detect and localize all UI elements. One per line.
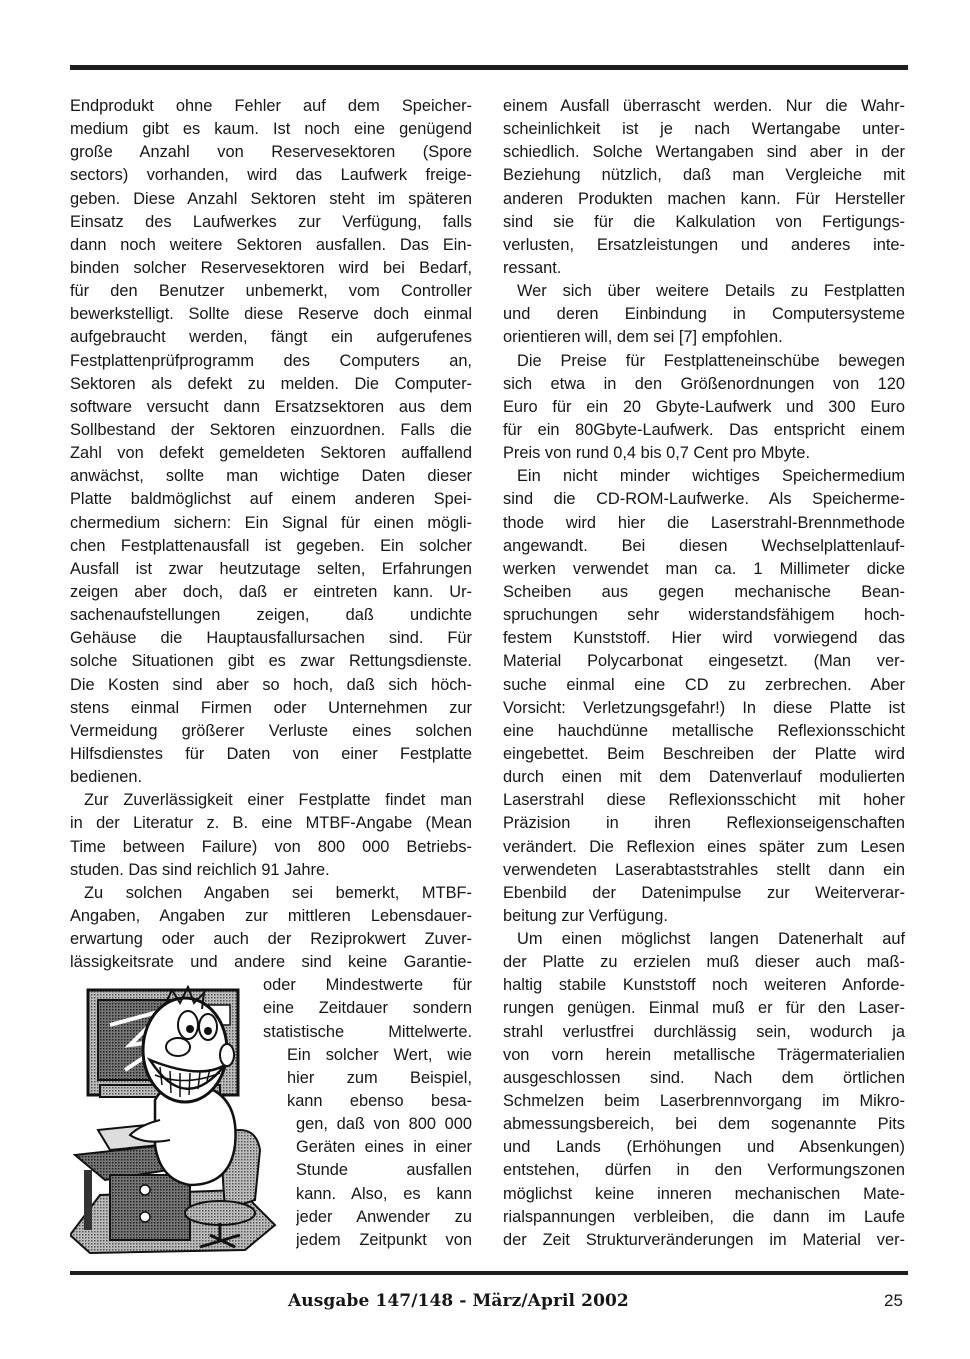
text-line: Ein solcher Wert, wie xyxy=(287,1044,472,1067)
text-line: entstehen, dürfen in den Verformungszone… xyxy=(503,1159,905,1182)
text-line: Zu solchen Angaben sei bemerkt, MTBF- xyxy=(70,882,472,905)
text-line: rungen genügen. Einmal muß er für den La… xyxy=(503,997,905,1020)
text-line: dann noch weitere Sektoren ausfallen. Da… xyxy=(70,234,472,257)
text-line: jeder Anwender zu xyxy=(296,1206,472,1229)
text-line: verlusten, Ersatzleistungen und anderes … xyxy=(503,234,905,257)
text-line: der Platte zu erzielen muß dieser auch m… xyxy=(503,951,905,974)
footer-issue-title: Ausgabe 147/148 - März/April 2002 xyxy=(288,1291,629,1311)
text-line: strahl verlustfrei durchlässig sein, wod… xyxy=(503,1021,905,1044)
text-line: Die Preise für Festplatteneinschübe bewe… xyxy=(503,350,905,373)
text-line: hier zum Beispiel, xyxy=(287,1067,472,1090)
text-line: ausgeschlossen sind. Nach dem örtlichen xyxy=(503,1067,905,1090)
text-line: für ein 80Gbyte-Laufwerk. Das entspricht… xyxy=(503,419,905,442)
text-line: ressant. xyxy=(503,257,905,280)
text-line: Ebenbild der Datenimpulse zur Weitervera… xyxy=(503,882,905,905)
text-line: Hilfsdienstes für Daten von einer Festpl… xyxy=(70,743,472,766)
top-rule xyxy=(70,65,908,70)
text-line: statistische Mittelwerte. xyxy=(263,1021,472,1044)
text-line: sind die CD-ROM-Laufwerke. Als Speicherm… xyxy=(503,488,905,511)
text-line: software versucht dann Ersatzsektoren au… xyxy=(70,396,472,419)
text-line: Sektoren als defekt zu melden. Die Compu… xyxy=(70,373,472,396)
text-line: bewerkstelligt. Sollte diese Reserve doc… xyxy=(70,303,472,326)
text-line: studen. Das sind reichlich 91 Jahre. xyxy=(70,859,472,882)
text-line: Laserstrahl diese Reflexionsschicht mit … xyxy=(503,789,905,812)
text-line: beitung zur Verfügung. xyxy=(503,905,905,928)
text-line: spruchungen sehr widerstandsfähigem hoch… xyxy=(503,604,905,627)
text-line: Festplattenprüfprogramm des Computers an… xyxy=(70,350,472,373)
text-line: Euro für ein 20 Gbyte-Laufwerk und 300 E… xyxy=(503,396,905,419)
text-line: sich etwa in den Größenordnungen von 120 xyxy=(503,373,905,396)
text-line: abmessungsbereich, bei dem sogenannte Pi… xyxy=(503,1113,905,1136)
text-line: möglichst keine inneren mechanischen Mat… xyxy=(503,1183,905,1206)
text-line: lässigkeitsrate und andere sind keine Ga… xyxy=(70,951,472,974)
text-line: Beziehung nützlich, daß man Vergleiche m… xyxy=(503,164,905,187)
text-line: Ein nicht minder wichtiges Speichermediu… xyxy=(503,465,905,488)
text-line: verändert. Die Reflexion eines später zu… xyxy=(503,836,905,859)
text-line: Endprodukt ohne Fehler auf dem Speicher- xyxy=(70,95,472,118)
text-line: sectors) vorhanden, wird das Laufwerk fr… xyxy=(70,164,472,187)
text-line: Geräten eines in einer xyxy=(296,1136,472,1159)
text-line: und deren Einbindung in Computersysteme xyxy=(503,303,905,326)
text-line: und Lands (Erhöhungen und Absenkungen) xyxy=(503,1136,905,1159)
text-line: kann ebenso besa- xyxy=(287,1090,472,1113)
text-line: Sollbestand der Sektoren einzuordnen. Fa… xyxy=(70,419,472,442)
text-line: binden solcher Reservesektoren wird bei … xyxy=(70,257,472,280)
text-line: scheinlichkeit ist je nach Wertangabe un… xyxy=(503,118,905,141)
text-line: rialspannungen verbleiben, die dann im L… xyxy=(503,1206,905,1229)
text-line: angewandt. Bei diesen Wechselplattenlauf… xyxy=(503,535,905,558)
text-line: für den Benutzer unbemerkt, vom Controll… xyxy=(70,280,472,303)
text-line: Material Polycarbonat eingesetzt. (Man v… xyxy=(503,650,905,673)
text-line: Gehäuse die Hauptausfallursachen sind. F… xyxy=(70,627,472,650)
text-line: orientieren will, dem sei [7] empfohlen. xyxy=(503,326,905,349)
text-line: durch einen mit dem Datenverlauf modulie… xyxy=(503,766,905,789)
bottom-rule xyxy=(70,1271,908,1275)
text-line: Zur Zuverlässigkeit einer Festplatte fin… xyxy=(70,789,472,812)
text-line: werken verwendet man ca. 1 Millimeter di… xyxy=(503,558,905,581)
text-line: medium gibt es kaum. Ist noch eine genüg… xyxy=(70,118,472,141)
text-line: sind sie für die Kalkulation von Fertigu… xyxy=(503,211,905,234)
text-line: Einsatz des Laufwerkes zur Verfügung, fa… xyxy=(70,211,472,234)
text-line: thode wird hier die Laserstrahl-Brennmet… xyxy=(503,512,905,535)
cartoon-computer-user-icon xyxy=(70,985,280,1255)
text-line: chen Festplattenausfall ist gegeben. Ein… xyxy=(70,535,472,558)
text-line: haltig stabile Kunststoff noch weiteren … xyxy=(503,974,905,997)
text-line: chermedium sichern: Ein Signal für einen… xyxy=(70,512,472,535)
text-line: kann. Also, es kann xyxy=(296,1183,472,1206)
text-line: Scheiben aus gegen mechanische Bean- xyxy=(503,581,905,604)
text-line: jedem Zeitpunkt von xyxy=(296,1229,472,1252)
text-line: oder Mindestwerte für xyxy=(263,974,472,997)
text-line: Schmelzen beim Laserbrennvorgang im Mikr… xyxy=(503,1090,905,1113)
text-line: stens einmal Firmen oder Unternehmen zur xyxy=(70,697,472,720)
text-line: verwendeten Laserabtaststrahles stellt d… xyxy=(503,859,905,882)
text-line: in der Literatur z. B. eine MTBF-Angabe … xyxy=(70,812,472,835)
text-line: von vorn herein metallische Trägermateri… xyxy=(503,1044,905,1067)
text-line: Vermeidung größerer Verluste eines solch… xyxy=(70,720,472,743)
text-line: solche Situationen gibt es zwar Rettungs… xyxy=(70,650,472,673)
text-line: schiedlich. Solche Wertangaben sind aber… xyxy=(503,141,905,164)
text-line: Platte baldmöglichst auf einem anderen S… xyxy=(70,488,472,511)
text-line: eingebettet. Beim Beschreiben der Platte… xyxy=(503,743,905,766)
text-line: Um einen möglichst langen Datenerhalt au… xyxy=(503,928,905,951)
text-line: anderen Produkten machen kann. Für Herst… xyxy=(503,188,905,211)
text-line: Die Kosten sind aber so hoch, daß sich h… xyxy=(70,674,472,697)
text-line: bedienen. xyxy=(70,766,472,789)
text-line: geben. Diese Anzahl Sektoren steht im sp… xyxy=(70,188,472,211)
text-line: Stunde ausfallen xyxy=(296,1159,472,1182)
text-line: erwartung oder auch der Reziprokwert Zuv… xyxy=(70,928,472,951)
text-line: einem Ausfall überrascht werden. Nur die… xyxy=(503,95,905,118)
text-line: festem Kunststoff. Hier wird vorwiegend … xyxy=(503,627,905,650)
text-line: der Zeit Strukturveränderungen im Materi… xyxy=(503,1229,905,1252)
text-line: große Anzahl von Reservesektoren (Spore xyxy=(70,141,472,164)
text-line: sachenaufstellungen zeigen, daß undichte xyxy=(70,604,472,627)
text-line: Preis von rund 0,4 bis 0,7 Cent pro Mbyt… xyxy=(503,442,905,465)
page-number: 25 xyxy=(884,1291,903,1311)
text-line: Wer sich über weitere Details zu Festpla… xyxy=(503,280,905,303)
text-line: gen, daß von 800 000 xyxy=(296,1113,472,1136)
text-line: Zahl von defekt gemeldeten Sektoren auff… xyxy=(70,442,472,465)
text-line: zeigen aber doch, daß er eintreten kann.… xyxy=(70,581,472,604)
right-column: einem Ausfall überrascht werden. Nur die… xyxy=(503,95,905,1252)
text-line: anwächst, sollte man wichtige Daten dies… xyxy=(70,465,472,488)
text-line: Ausfall ist zwar heutzutage selten, Erfa… xyxy=(70,558,472,581)
text-line: Präzision in ihren Reflexionseigenschaft… xyxy=(503,812,905,835)
text-line: Angaben, Angaben zur mittleren Lebensdau… xyxy=(70,905,472,928)
text-line: suche einmal eine CD zu zerbrechen. Aber xyxy=(503,674,905,697)
text-line: eine hauchdünne metallische Reflexionssc… xyxy=(503,720,905,743)
text-line: eine Zeitdauer sondern xyxy=(263,997,472,1020)
text-line: Time between Failure) von 800 000 Betrie… xyxy=(70,836,472,859)
text-line: aufgebraucht werden, fängt ein aufgerufe… xyxy=(70,326,472,349)
text-line: Vorsicht: Verletzungsgefahr!) In diese P… xyxy=(503,697,905,720)
